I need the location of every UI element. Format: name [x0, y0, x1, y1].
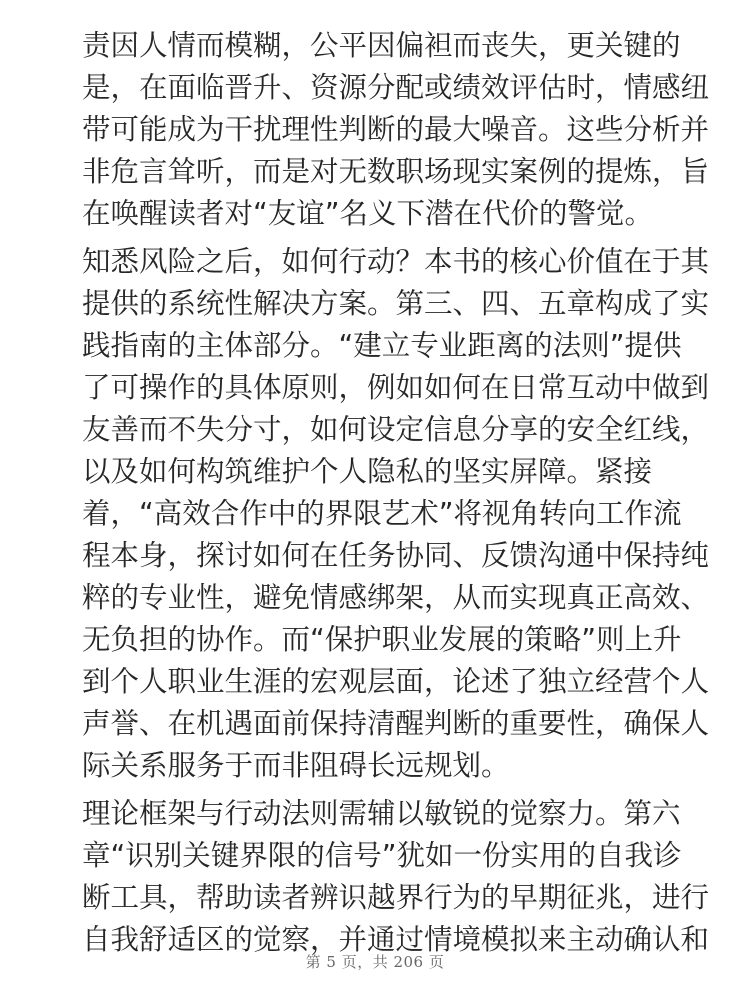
- text-line: 到个人职业生涯的宏观层面，论述了独立经营个人: [82, 661, 670, 703]
- text-line: 带可能成为干扰理性判断的最大噪音。这些分析并: [82, 109, 670, 151]
- page-body: 责因人情而模糊，公平因偏袒而丧失，更关键的 是，在面临晋升、资源分配或绩效评估时…: [82, 25, 670, 967]
- paragraph-1: 责因人情而模糊，公平因偏袒而丧失，更关键的 是，在面临晋升、资源分配或绩效评估时…: [82, 25, 670, 235]
- text-line: 程本身，探讨如何在任务协同、反馈沟通中保持纯: [82, 535, 670, 577]
- text-line: 理论框架与行动法则需辅以敏锐的觉察力。第六: [82, 793, 670, 835]
- text-line: 责因人情而模糊，公平因偏袒而丧失，更关键的: [82, 25, 670, 67]
- text-line: 际关系服务于而非阻碍长远规划。: [82, 745, 670, 787]
- text-line: 在唤醒读者对“友谊”名义下潜在代价的警觉。: [82, 193, 670, 235]
- paragraph-2: 知悉风险之后，如何行动？本书的核心价值在于其 提供的系统性解决方案。第三、四、五…: [82, 241, 670, 787]
- text-line: 是，在面临晋升、资源分配或绩效评估时，情感纽: [82, 67, 670, 109]
- text-line: 知悉风险之后，如何行动？本书的核心价值在于其: [82, 241, 670, 283]
- text-line: 提供的系统性解决方案。第三、四、五章构成了实: [82, 283, 670, 325]
- text-line: 践指南的主体部分。“建立专业距离的法则”提供: [82, 325, 670, 367]
- text-line: 断工具，帮助读者辨识越界行为的早期征兆，进行: [82, 877, 670, 919]
- text-line: 友善而不失分寸，如何设定信息分享的安全红线，: [82, 409, 670, 451]
- text-line: 着，“高效合作中的界限艺术”将视角转向工作流: [82, 493, 670, 535]
- text-line: 无负担的协作。而“保护职业发展的策略”则上升: [82, 619, 670, 661]
- paragraph-3: 理论框架与行动法则需辅以敏锐的觉察力。第六 章“识别关键界限的信号”犹如一份实用…: [82, 793, 670, 961]
- text-line: 声誉、在机遇面前保持清醒判断的重要性，确保人: [82, 703, 670, 745]
- text-line: 章“识别关键界限的信号”犹如一份实用的自我诊: [82, 835, 670, 877]
- text-line: 以及如何构筑维护个人隐私的坚实屏障。紧接: [82, 451, 670, 493]
- text-line: 非危言耸听，而是对无数职场现实案例的提炼，旨: [82, 151, 670, 193]
- text-line: 粹的专业性，避免情感绑架，从而实现真正高效、: [82, 577, 670, 619]
- page-indicator: 第 5 页，共 206 页: [0, 951, 750, 972]
- text-line: 了可操作的具体原则，例如如何在日常互动中做到: [82, 367, 670, 409]
